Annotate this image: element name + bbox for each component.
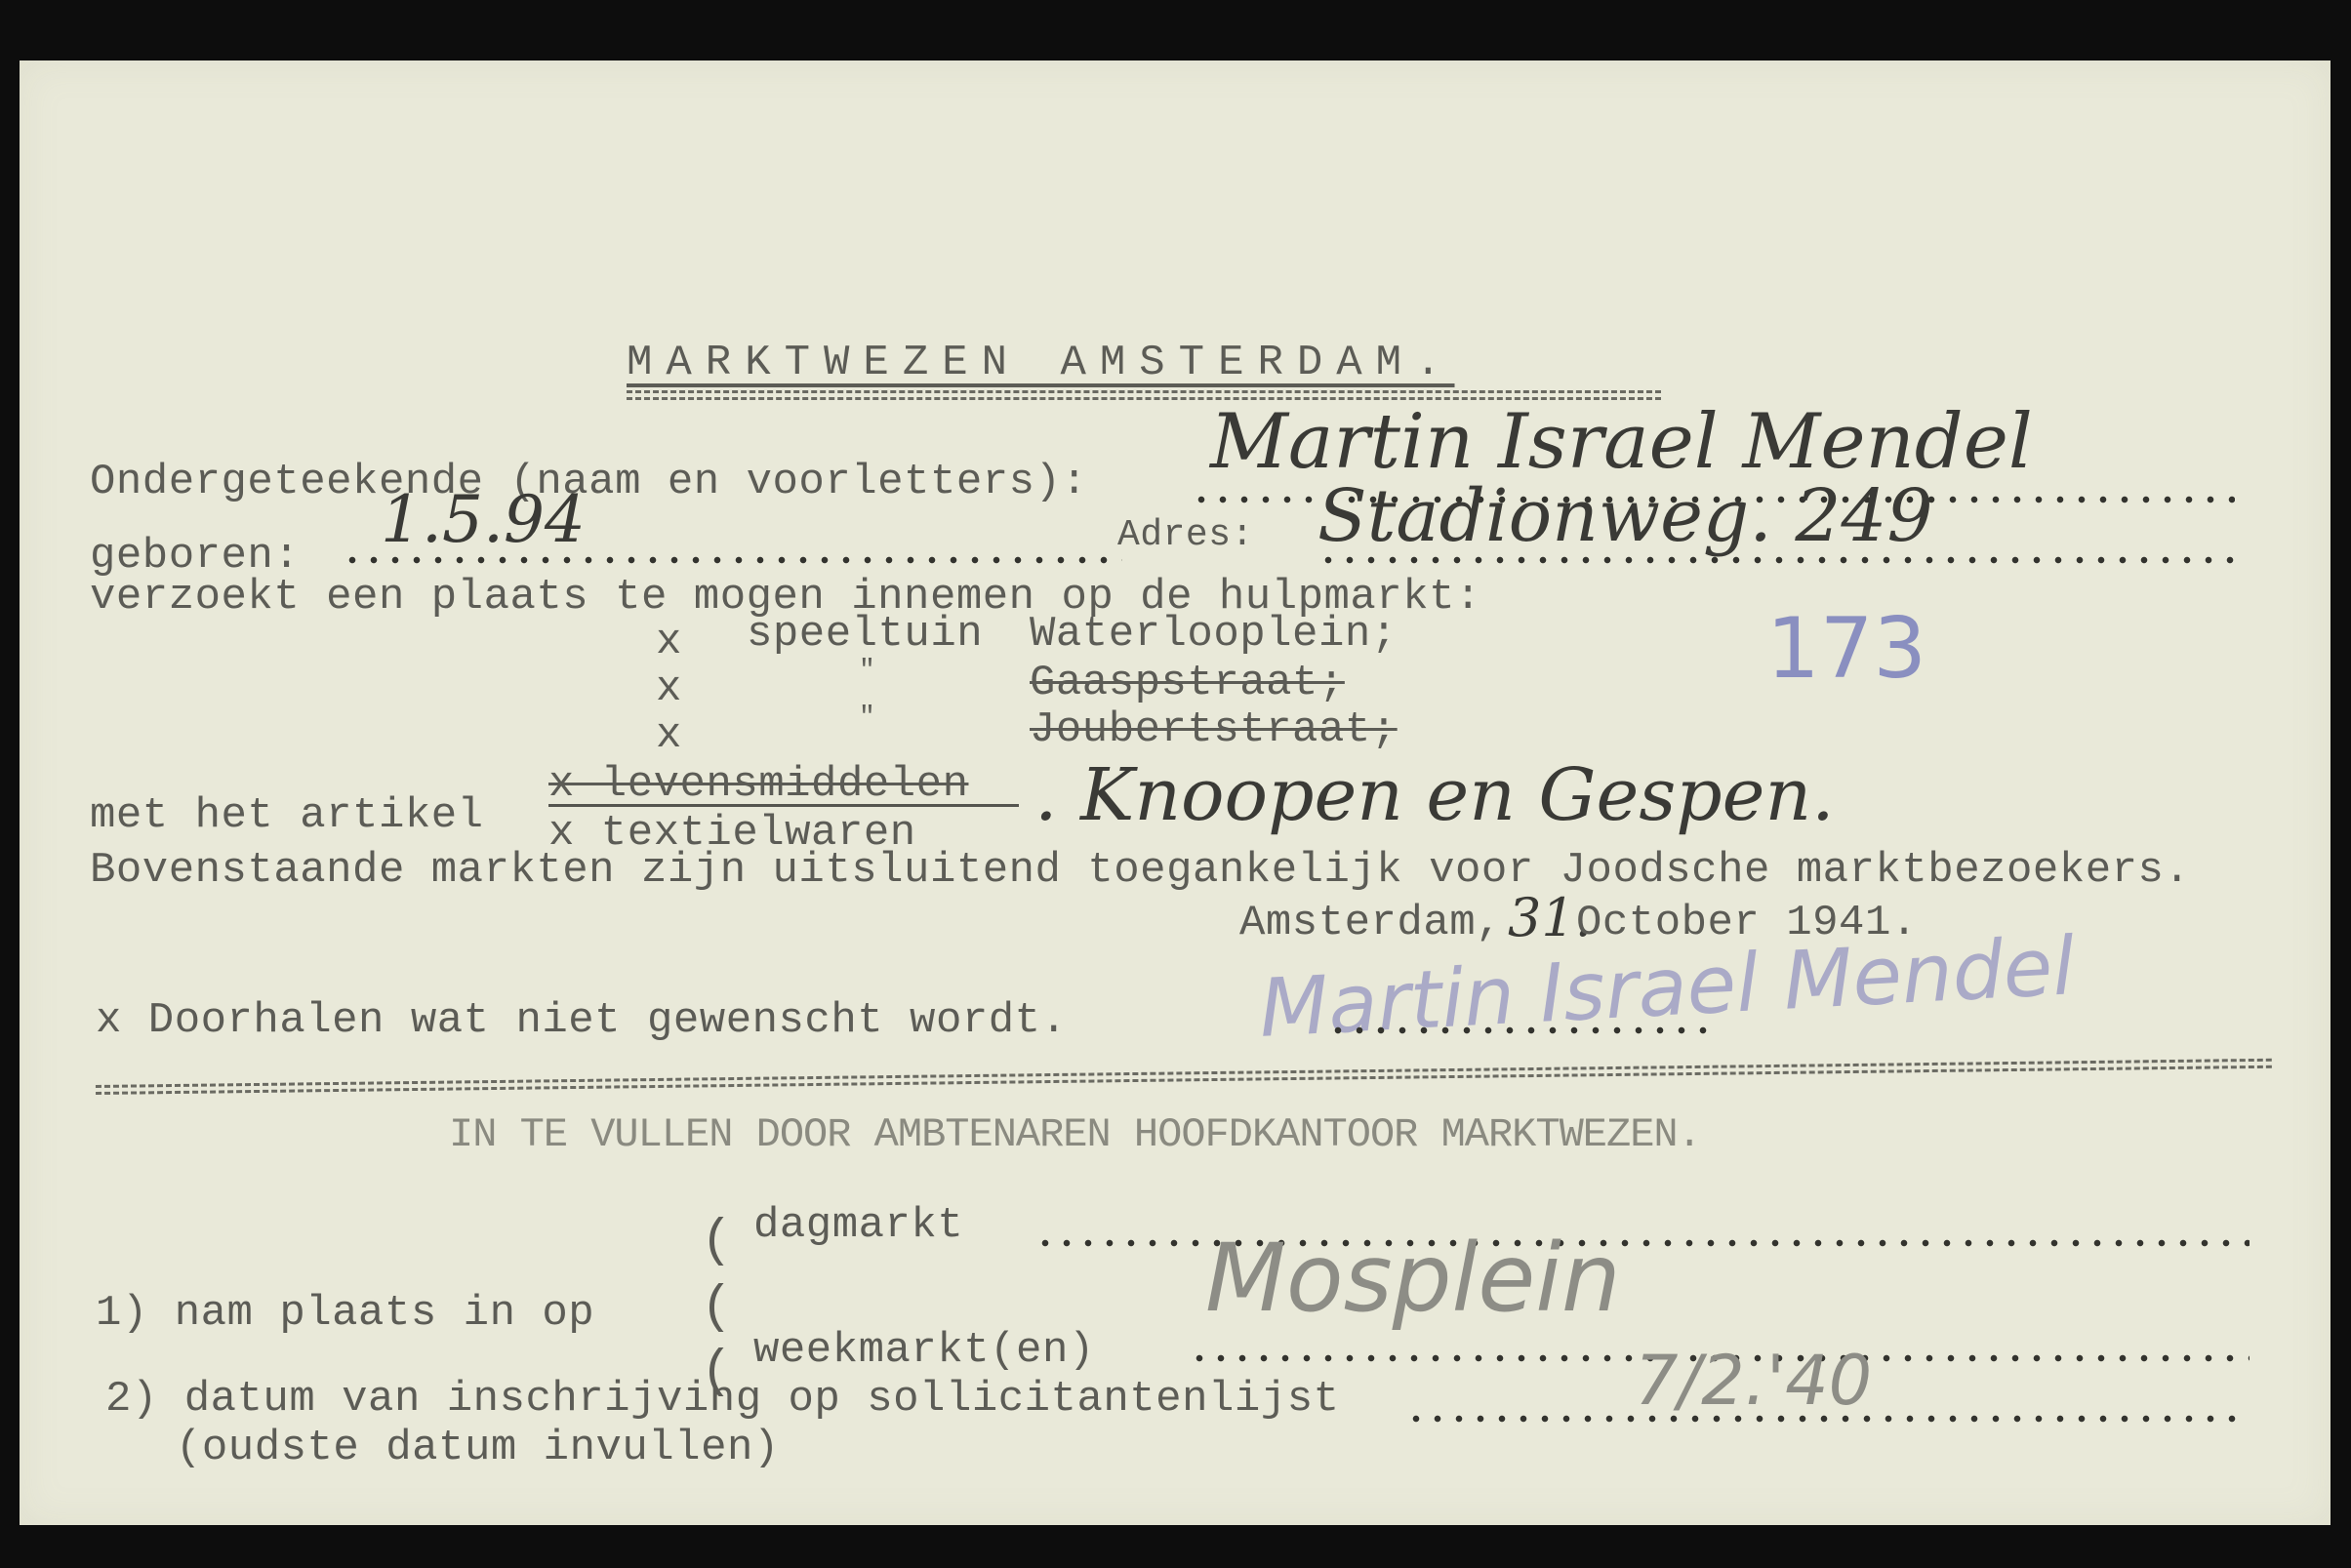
born-label: geboren:: [90, 535, 300, 578]
market-name-3: Joubertstraat;: [1030, 708, 1398, 751]
born-dotted-line: [342, 556, 1122, 564]
signature-dotted-line: [1327, 1026, 1718, 1034]
official-section-heading: IN TE VULLEN DOOR AMBTENAREN HOOFDKANTOO…: [449, 1114, 1701, 1155]
left-brace-top: (: [701, 1216, 732, 1268]
document-paper: MARKTWEZEN AMSTERDAM. Ondergeteekende (n…: [20, 60, 2331, 1525]
article-option-levensmiddelen: x levensmiddelen: [548, 763, 968, 806]
article-fraction-line: [548, 804, 1019, 807]
market-prefix-3: ": [859, 704, 875, 732]
market-mark-2: x: [656, 667, 682, 710]
item-1-label: 1) nam plaats in op: [96, 1292, 594, 1335]
item-1-handwritten-value: Mosplein: [1205, 1231, 1621, 1325]
item-2-label: 2) datum van inschrijving op sollicitant…: [105, 1378, 1340, 1421]
item-2-sublabel: (oudste datum invullen): [176, 1427, 780, 1469]
place-label: Amsterdam,: [1239, 902, 1502, 945]
notice-text: Bovenstaande markten zijn uitsluitend to…: [90, 849, 2190, 892]
market-mark-1: x: [656, 621, 682, 663]
item-1-dagmarkt-label: dagmarkt: [753, 1204, 963, 1247]
market-prefix-1: speeltuin: [747, 613, 983, 656]
address-label: Adres:: [1117, 517, 1254, 554]
item-1-weekmarkt-label: weekmarkt(en): [753, 1329, 1095, 1372]
address-handwritten-value: Stadionweg. 249: [1317, 480, 1933, 552]
undersigned-label: Ondergeteekende (naam en voorletters):: [90, 461, 1087, 503]
market-name-1: Waterlooplein;: [1030, 613, 1398, 656]
footnote-text: x Doorhalen wat niet gewenscht wordt.: [96, 999, 1067, 1042]
item-2-handwritten-value: 7/2.'40: [1635, 1347, 1872, 1415]
born-handwritten-value: 1.5.94: [381, 488, 586, 552]
undersigned-handwritten-value: Martin Israel Mendel: [1210, 404, 2033, 480]
article-label: met het artikel: [90, 794, 484, 837]
section-separator: [96, 1059, 2272, 1095]
article-handwritten-value: . Knoopen en Gespen.: [1034, 759, 1835, 831]
annotation-number: 173: [1766, 607, 1926, 691]
market-name-2: Gaaspstraat;: [1030, 662, 1345, 704]
left-brace-middle: (: [701, 1282, 732, 1335]
market-mark-3: x: [656, 714, 682, 757]
market-prefix-2: ": [859, 658, 875, 685]
document-title: MARKTWEZEN AMSTERDAM.: [627, 342, 1455, 384]
